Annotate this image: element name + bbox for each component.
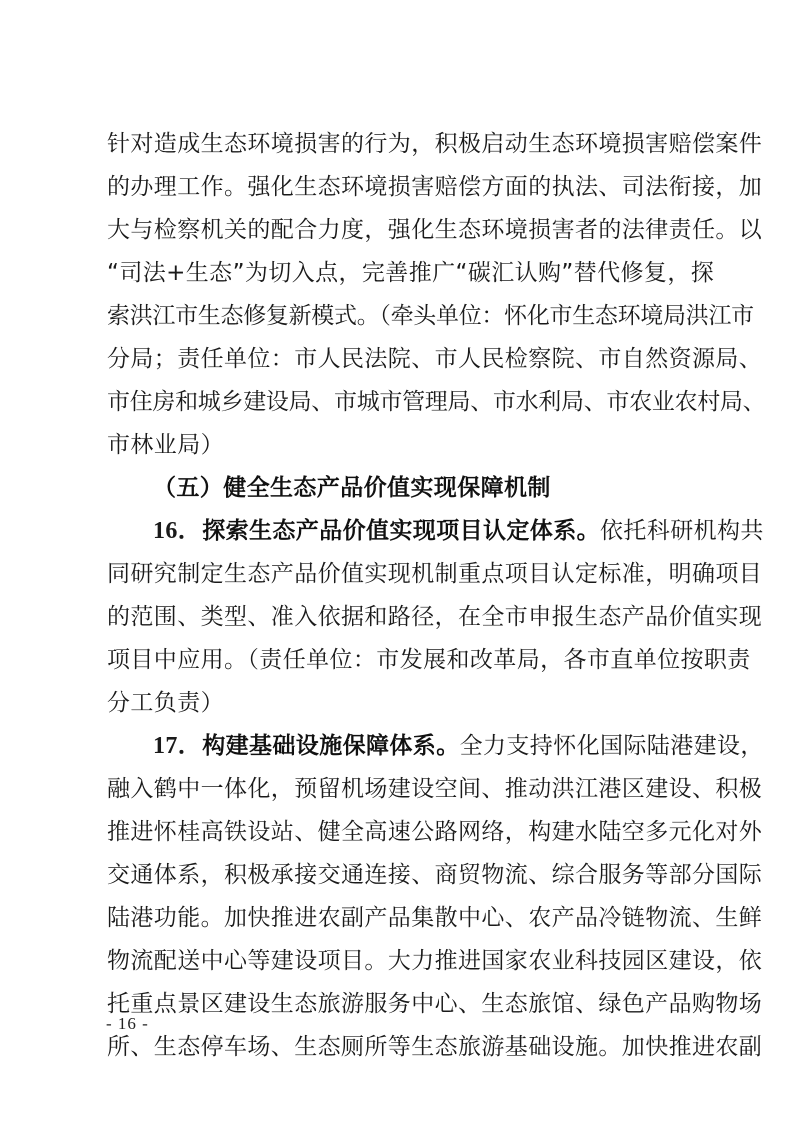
paragraph-line: 索洪江市生态修复新模式。（牵头单位：怀化市生态环境局洪江市 [107, 300, 695, 343]
paragraph-line: 所、生态停车场、生态厕所等生态旅游基础设施。加快推进农副 [107, 1031, 695, 1074]
paragraph-line: 项目中应用。（责任单位：市发展和改革局，各市直单位按职责 [107, 644, 695, 687]
paragraph-line: “司法+生态”为切入点，完善推广“碳汇认购”替代修复，探 [107, 257, 695, 300]
paragraph-line: 分局；责任单位：市人民法院、市人民检察院、市自然资源局、 [107, 343, 695, 386]
item-17-first-line: 17．构建基础设施保障体系。全力支持怀化国际陆港建设， [107, 730, 695, 773]
page-number: - 16 - [106, 1014, 149, 1034]
paragraph-line: 的范围、类型、准入依据和路径，在全市申报生态产品价值实现 [107, 601, 695, 644]
paragraph-line: 托重点景区建设生态旅游服务中心、生态旅馆、绿色产品购物场 [107, 988, 695, 1031]
paragraph-line: 分工负责） [107, 687, 695, 730]
item-16-first-line: 16．探索生态产品价值实现项目认定体系。依托科研机构共 [107, 515, 695, 558]
paragraph-line: 融入鹤中一体化，预留机场建设空间、推动洪江港区建设、积极 [107, 773, 695, 816]
item-16-text: 依托科研机构共 [600, 518, 764, 544]
section-heading: （五）健全生态产品价值实现保障机制 [107, 472, 695, 515]
paragraph-line: 大与检察机关的配合力度，强化生态环境损害者的法律责任。以 [107, 214, 695, 257]
paragraph-line: 的办理工作。强化生态环境损害赔偿方面的执法、司法衔接，加 [107, 171, 695, 214]
paragraph-line: 市住房和城乡建设局、市城市管理局、市水利局、市农业农村局、 [107, 386, 695, 429]
item-17-title: 构建基础设施保障体系。 [202, 733, 459, 759]
item-16-title: 探索生态产品价值实现项目认定体系。 [202, 518, 600, 544]
paragraph-line: 市林业局） [107, 429, 695, 472]
document-body: 针对造成生态环境损害的行为，积极启动生态环境损害赔偿案件 的办理工作。强化生态环… [107, 128, 695, 1074]
paragraph-line: 物流配送中心等建设项目。大力推进国家农业科技园区建设，依 [107, 945, 695, 988]
paragraph-line: 同研究制定生态产品价值实现机制重点项目认定标准，明确项目 [107, 558, 695, 601]
item-17-number: 17． [153, 733, 202, 759]
paragraph-line: 推进怀桂高铁设站、健全高速公路网络，构建水陆空多元化对外 [107, 816, 695, 859]
paragraph-line: 交通体系，积极承接交通连接、商贸物流、综合服务等部分国际 [107, 859, 695, 902]
item-16-number: 16． [153, 518, 202, 544]
paragraph-line: 陆港功能。加快推进农副产品集散中心、农产品冷链物流、生鲜 [107, 902, 695, 945]
paragraph-line: 针对造成生态环境损害的行为，积极启动生态环境损害赔偿案件 [107, 128, 695, 171]
item-17-text: 全力支持怀化国际陆港建设， [460, 733, 764, 759]
